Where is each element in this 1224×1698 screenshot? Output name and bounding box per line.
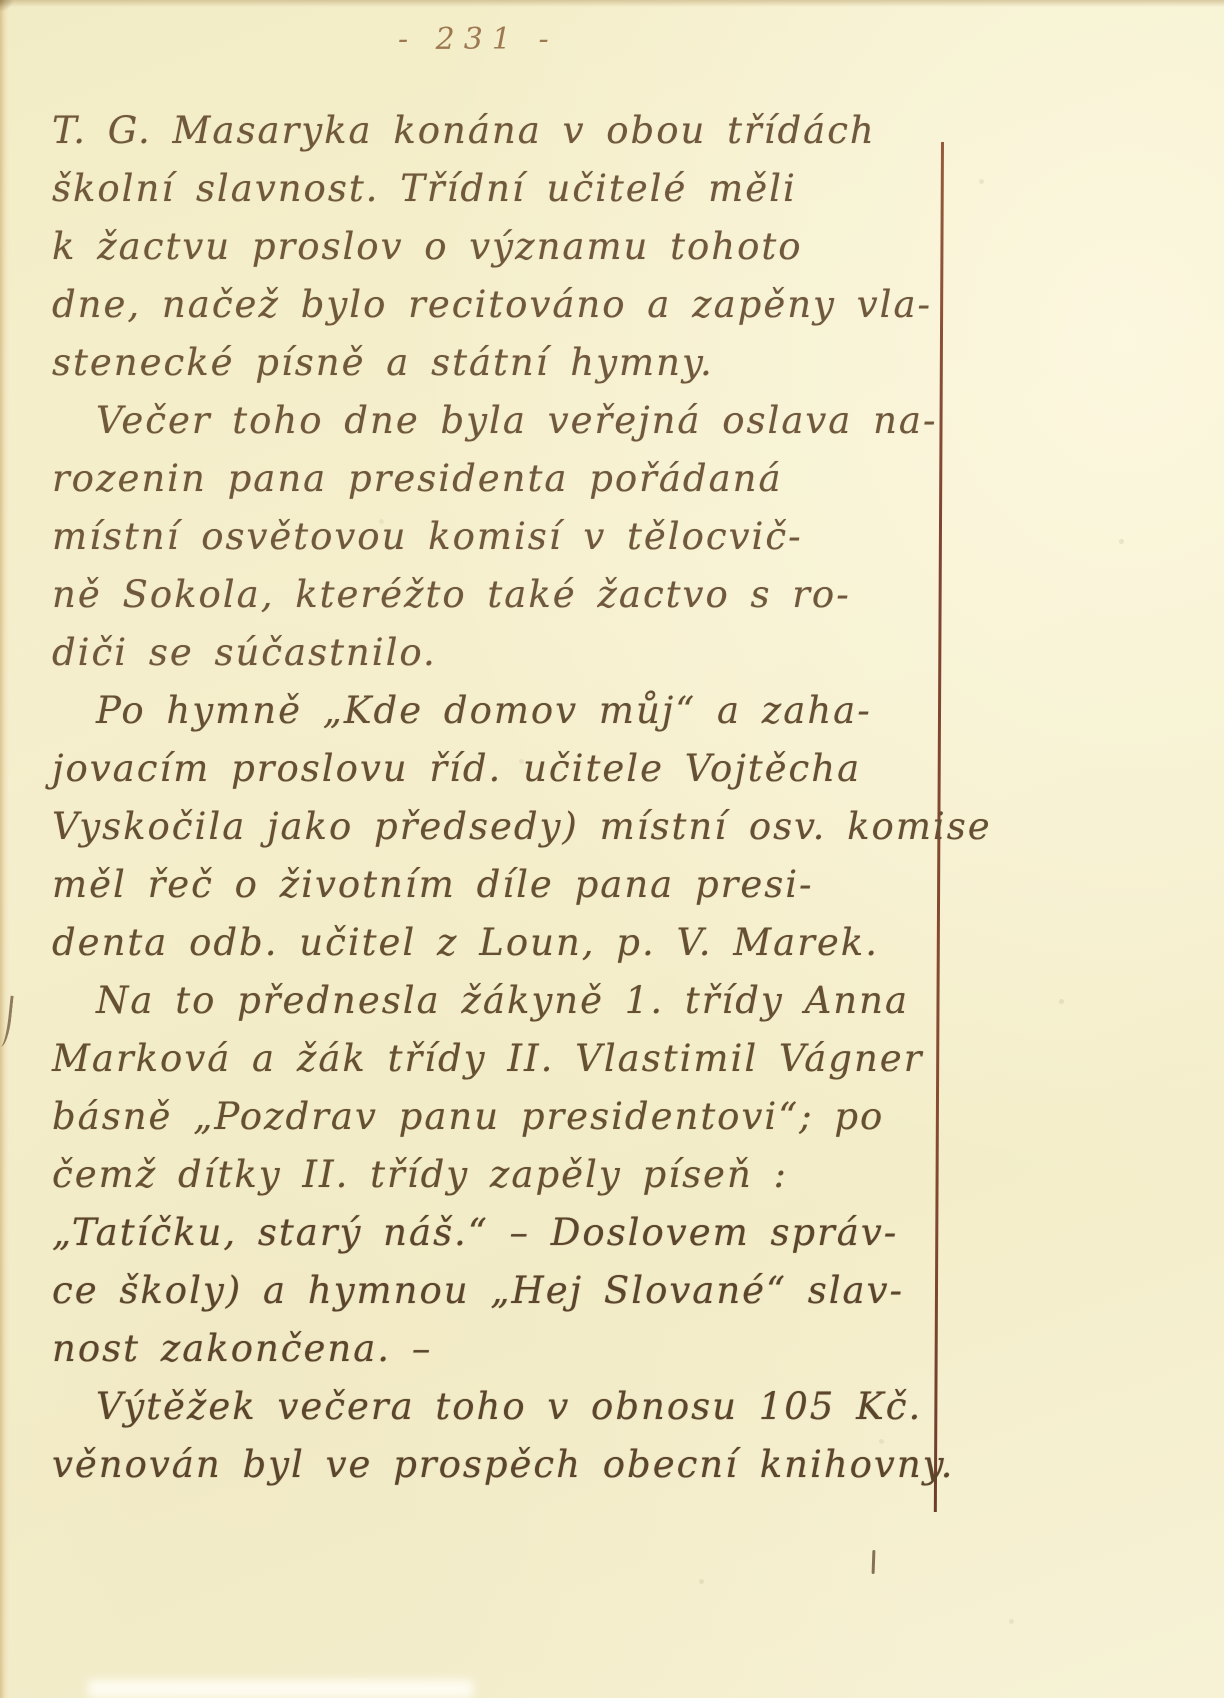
manuscript-line: „Tatíčku, starý náš.“ – Doslovem správ- xyxy=(52,1204,952,1262)
manuscript-line: Marková a žák třídy II. Vlastimil Vágner xyxy=(52,1030,952,1088)
manuscript-line: k žactvu proslov o významu tohoto xyxy=(52,218,952,276)
manuscript-line: Výtěžek večera toho v obnosu 105 Kč. xyxy=(52,1378,952,1436)
manuscript-line: Večer toho dne byla veřejná oslava na- xyxy=(52,392,952,450)
manuscript-line: T. G. Masaryka konána v obou třídách xyxy=(52,102,952,160)
manuscript-text: T. G. Masaryka konána v obou třídách ško… xyxy=(52,102,952,1494)
manuscript-line: ce školy) a hymnou „Hej Slované“ slav- xyxy=(52,1262,952,1320)
manuscript-line: nost zakončena. – xyxy=(52,1320,952,1378)
paper-bottom-fade xyxy=(88,1680,473,1698)
manuscript-line: místní osvětovou komisí v tělocvič- xyxy=(52,508,952,566)
paper-top-edge xyxy=(0,0,1224,7)
manuscript-line: dne, načež bylo recitováno a zapěny vla- xyxy=(52,276,952,334)
manuscript-line: Na to přednesla žákyně 1. třídy Anna xyxy=(52,972,952,1030)
manuscript-line: školní slavnost. Třídní učitelé měli xyxy=(52,160,952,218)
stray-ink-mark-bottom-right xyxy=(872,1550,876,1574)
manuscript-line: denta odb. učitel z Loun, p. V. Marek. xyxy=(52,914,952,972)
manuscript-line: jovacím proslovu říd. učitele Vojtěcha xyxy=(52,740,952,798)
manuscript-line: Po hymně „Kde domov můj“ a zaha- xyxy=(52,682,952,740)
paper-left-edge xyxy=(0,0,9,1698)
manuscript-line: ně Sokola, kteréžto také žactvo s ro- xyxy=(52,566,952,624)
manuscript-line: Vyskočila jako předsedy) místní osv. kom… xyxy=(52,798,952,856)
manuscript-line: diči se súčastnilo. xyxy=(52,624,952,682)
page-number: - 231 - xyxy=(398,22,558,57)
manuscript-line: rozenin pana presidenta pořádaná xyxy=(52,450,952,508)
manuscript-line: věnován byl ve prospěch obecní knihovny. xyxy=(52,1436,952,1494)
paper-speckles xyxy=(0,0,3,3)
scanned-manuscript-page: - 231 - T. G. Masaryka konána v obou tří… xyxy=(0,0,1224,1698)
manuscript-line: stenecké písně a státní hymny. xyxy=(52,334,952,392)
manuscript-line: měl řeč o životním díle pana presi- xyxy=(52,856,952,914)
manuscript-line: básně „Pozdrav panu presidentovi“; po xyxy=(52,1088,952,1146)
manuscript-line: čemž dítky II. třídy zapěly píseň : xyxy=(52,1146,952,1204)
